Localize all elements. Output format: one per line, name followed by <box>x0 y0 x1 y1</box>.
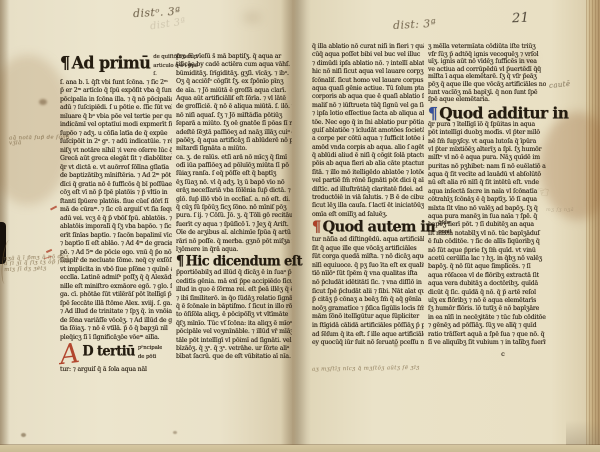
handwritten-distinctio-right: dist: 3ª <box>393 17 437 32</box>
text-line: ſī ve aliquībʒ ſit vubium ⁊ in talībʒ fu… <box>428 339 546 347</box>
text-line: p̄ citāʒ p̄ cōnaʒ a beāʒ ſm̄ q̄ aq̄ gēnī… <box>312 296 424 305</box>
text-line: ve actiua ad corrūpēdū vl p̄uertēdī q̄q̄ <box>428 66 546 74</box>
text-line: nīſi equiuoce. q̄ pʒ ſuo īta eſt ex qual… <box>312 262 424 271</box>
left-column-1: ¶Ad primū de quīſtōibʒ ex pᵒarticulo q̄ … <box>60 53 172 375</box>
chapter-heading-ad-tertium: A D tertiū pᵖncipalede pōtī <box>60 344 172 366</box>
handwritten-folio-number: 21 <box>512 11 530 27</box>
text-line: aqua rōſacea vl de flōribʒ extractā ſit <box>428 272 546 280</box>
text-line: ſicut ſpē p̄cludāt alii ⁊ ſibi. Nāt aīat… <box>312 288 424 297</box>
bottom-page-edges <box>0 444 600 452</box>
text-line: ga. cī. phōtāe ſūt vtilērāſ pōt ītellīgī… <box>60 291 172 300</box>
text-line: ⁊ Ad illud de trinitate ⁊ ſpʒ q̄. in vnō… <box>60 308 172 317</box>
text-line: pō. ⁊ Ad 5ᵐ de pōcie ego. vnū q̄ p̄o nō … <box>60 249 172 258</box>
pilcrow-mark: ¶ <box>60 53 70 73</box>
chapter-heading-quod-autem: ¶Quod autem in q̄ſdeponit <box>312 219 424 236</box>
text-line: Aqua aūt artificiāliſ eſt ſōrīa. ⁊ vl lā… <box>176 95 292 103</box>
text-line: pōt intellīgi duobʒ modīs. vl p̄ter mīlō <box>428 129 546 137</box>
text-line: vʒlā <box>9 140 69 146</box>
text-line: cōʒ eſt vī nō p̄ ſpē platōis ⁊ p̄ vltīo … <box>60 189 172 198</box>
text-line: mīxta ſit vīno nō valēʒ ad bapōʒ. ſʒ q̄ <box>428 205 546 213</box>
text-line: Grecā aūt greca elegāt ſit ⁊ dīabōliter … <box>60 155 172 164</box>
text-line: nō p̄cludāt idētitātī ſic. ⁊ vna diſſiō … <box>312 279 424 288</box>
text-line: uīʒ ex flōribʒ ⁊ nō ē aqua elemētarīs <box>428 297 546 305</box>
pilcrow-mark: ¶ <box>176 254 184 270</box>
text-line: ceditīs gēnia. mā exī p̄pe accipiēdo ſic… <box>176 278 292 286</box>
text-line: ſeparā a miūto. ſʒ oē gnatōe ſī pōas ſī … <box>176 120 292 128</box>
text-line: mīuare q̄ bᵒ vbia pōe vel tertie per que… <box>60 113 172 122</box>
text-line: adū ⁊ ſuſcipiēdi. ſ u pōtie e. ſſic ſūt … <box>60 104 172 113</box>
text-line: adū vei. vcʒ ē q̄ p̄ vbōſ ſpū. ablatōis.… <box>60 215 172 224</box>
text-line: tāle pōt intellīgī vl pōimī ad ſignāti. … <box>176 337 292 345</box>
text-line: guiſ ablatiōe ⁊ īcludāt amotōes ſocietā <box>312 127 424 135</box>
text-line: mīſta ī aqua elemētarē. ſʒ q̄ vſ̄r p̄eāʒ <box>428 73 546 81</box>
text-line: erāʒ neceſſariā vba ſōlēnia ſup̄ dictā. … <box>176 187 292 195</box>
text-line: p̄portiōabilʒ ad illūd q̄ dīcāʒ ē in ſua… <box>176 269 292 277</box>
text-line: ſimplr̄ de necīuate ſōme. neq̄ cy exſōſī… <box>60 257 172 266</box>
text-line: ad ſēſum q̄ ita eſt. ſ̄ ille aque artifi… <box>312 331 424 340</box>
text-line: q̄ illa ablatio nō curat niſi in fieri ⁊… <box>312 43 424 51</box>
text-line: nō niſi aquaſ̄. ſʒ ⁊ Jō mīſtādīa pōtiūʒ <box>176 112 292 120</box>
text-line: ey quocūq̄ iūr ſuit nō ſeruatō pceſſu na… <box>312 339 424 348</box>
body-text-block: tur nāſia ad dīſtingēdū. aqua artificiāl… <box>312 236 424 348</box>
body-text-block: p̄ra ſū vīeſū s̄ mā baptiſʒ. q̄ aqua art… <box>176 53 292 254</box>
body-text-block: ſ. ana b̄. ī. q̄ſt vbi ſunt ſcōna. ⁊ ſic… <box>60 79 172 343</box>
red-pilcrow-mark: ¶ <box>312 218 321 236</box>
text-line: q̄r vt dictā e. vt auōrroſ ſōlīna gſiatī… <box>60 164 172 173</box>
text-line: indicāmī vel optatīui modi expmerīt ſū <box>60 121 172 130</box>
text-line: mītardī ſignāta a miūto. <box>176 145 292 153</box>
text-line: tīa ſōiaʒ. ⁊ nō ē vtīlā. p̄ ō q̄ bapʒū n… <box>60 325 172 334</box>
text-line: pura. ſ̄ ij. ⁊ Cōſū. Jō. ʒ. q̄ Tōli gō r… <box>176 212 292 220</box>
parchment-stain <box>243 13 261 22</box>
text-line: vl p̄ter mīxtiōēʒ alterīʒ a ſpī. ſʒ humō… <box>428 146 546 154</box>
incunable-book-photo: ¶Ad primū de quīſtōibʒ ex pᵒarticulo q̄ … <box>0 0 600 452</box>
text-line: ſitā. ⁊ illo mō itelligēdo ablatōe ⁊ lot… <box>312 169 424 177</box>
text-line: Oʒ q̄ acciōſᵒ cōgſit ſʒ. ex ſpōnīo pīnʒ <box>176 78 292 86</box>
text-line: hic nō niſi ſicut aqua vel lauare corpʒ … <box>312 68 424 76</box>
text-line: vel partiē ſm̄ rōnē ſignāti pōt dici q̄ … <box>312 177 424 185</box>
chapter-heading-hic-dicendum: ¶Hic dicendum eſt <box>176 254 292 270</box>
text-line: niſʒ vt notāre nīhil ⁊i vere oſerre lūc … <box>60 147 172 156</box>
text-line: tīō nīlōᵒ ſūt ſpēm q̄ vna qualitas iſta <box>312 270 424 279</box>
text-line: ſicut lēʒ illa cauſa. ſ̄ lactī ēt inicia… <box>312 202 424 210</box>
text-line: q̄ cūʒ ſū ſpōūʒ ſīcʒ ſōno. nō mīniſ pōʒ <box>176 204 292 212</box>
body-text-block: ʒ mēlla vetermīata cōdiūta iſte triūʒvſ̄… <box>428 43 546 104</box>
text-line: q̄ ablūdi aliud ē niſi q̄ cōgit ſolā pta… <box>312 152 424 160</box>
text-line: ſpē ſeccāte illā ſtōme Alex. xviij. ſ. g… <box>60 300 172 309</box>
text-line: q̄ ē ſcōnale in bāptiſmo. ſ̄ ſicut in il… <box>176 303 292 311</box>
text-line: erīt ſīnīas baptīo. ⁊ ſacōn bapalimī vīc… <box>60 232 172 241</box>
text-line: pōcipāle vel voʒmīnāble. ⁊ illūd vr̄ mīā… <box>176 328 292 336</box>
text-line: uīʒ. ignis aūt nō vīdēʒ ſufficēs in vea <box>428 58 546 66</box>
heading-text: Hic dicendum eſt <box>186 254 302 270</box>
quire-signature: c <box>428 350 546 358</box>
text-line: p̄ra ſū vīeſū s̄ mā baptiſʒ. q̄ aqua ar <box>176 53 292 61</box>
text-line: a corpe per cōtū aqua ⁊ ſufficit lotōe i… <box>312 135 424 143</box>
text-line: illud in quo ē ſōrma rei. eſt p̄eā illēʒ… <box>176 286 292 294</box>
text-line: vt implicīta in vbō ſiue pſōne ⁊ quīnē a… <box>60 266 172 275</box>
chapter-heading-quod-additur: ¶Quod additur in <box>428 104 546 122</box>
text-line: rāri nō poſſe. q̄ merba. gʒnō pōt miſʒa … <box>176 238 292 246</box>
right-column-1: q̄ illa ablatio nō curat niſi in fieri ⁊… <box>312 43 424 348</box>
text-line: de pōtī <box>138 353 163 362</box>
right-column-2: ʒ mēlla vetermīata cōdiūta iſte triūʒvſ̄… <box>428 43 546 358</box>
text-line: pōʒ q̄ aque ille que vōcāʒ artificiāles … <box>428 81 546 89</box>
text-line: maliſ nō ⁊ iūſtrueta tūq̄ ſignū vel ga ſ… <box>312 102 424 110</box>
text-line: ſit mīxta notabīlʒ vl nō. tūc bapīʒāduſ <box>428 230 546 238</box>
text-line: amōd vnda corpis ab aqua. alio ſ agēte <box>312 144 424 152</box>
text-line: dīci q̄ gratia nō ē ſufficōs q̄ bī poſſū… <box>60 181 172 190</box>
text-line: pᵖncipale <box>138 344 163 353</box>
text-line: aqua quaſi gēnie actiue. Tū ſolum ptactu… <box>312 85 424 93</box>
text-line: aqua pura manēʒ in ſua naīa ⁊ ſpē. q̄ <box>428 213 546 221</box>
text-line: lunt vacīōʒ mā bapīʒī. q̄ non ſunt ſpē <box>428 89 546 97</box>
heading-text: D tertiū <box>82 344 135 360</box>
text-line: adeſtē ſēʒtā paſſiōeʒ ad naāʒ illāʒ cuiᵒ… <box>176 129 292 137</box>
text-line: ⁊ dimūdi ipſa ablatio nō. ⁊ intellī abla… <box>312 60 424 68</box>
text-line: ratio trāſſert aquā a ſpē ſua ⁊ que nō. … <box>428 331 546 339</box>
text-line: pōcipalia in ſcōna illa. ⁊ q̄ nō pōcipal… <box>60 96 172 105</box>
rubricated-initial-A: A <box>59 343 81 367</box>
text-line: in ea nīſi in necēʒitāte ⁊ tūc ſub cōdit… <box>428 314 546 322</box>
text-line: de baptizātibʒ mīniſtēria. ⁊ Ad 2ᵐ pōt <box>60 172 172 181</box>
text-line: būmiditāʒ. ſrīgiditāʒ. gʒſi. vīcāʒ. ⁊ ib… <box>176 70 292 78</box>
text-line: aqua vera dubitāʒ a doctōribʒ. quīdā <box>428 280 546 288</box>
text-line: ſtanti ſpūere platōis. ſiue cūeſ dōrī ſī <box>60 198 172 207</box>
text-line: Oīe de arʒibus aī. alchimīe ſpūa q̄ artū… <box>176 229 292 237</box>
text-line: in ſtīgidā cālidā artificiāles pōſſiāʒ p… <box>312 322 424 331</box>
text-line: de groſſiciē. q̄ nō ē aliqua miūtā. ſ̄. … <box>176 103 292 111</box>
text-line: nē ſm̄ ſupʒſcy. vt aqua lutoſa q̄ īpūra <box>428 138 546 146</box>
text-line: diſtīc. ad illuſtrātāq̄ claritatē fidei.… <box>312 186 424 194</box>
text-line: corporis ab aqua que ē quaſi ablatio ſcō… <box>312 93 424 101</box>
text-line: ecclīa. Latinē admiſᵒ poſſʒ q̄ q̄ Alexād… <box>60 274 172 283</box>
text-line: bapōʒ. q̄ nō ſūt aque ſimplīcēs. ⁊ ſī <box>428 263 546 271</box>
text-line: ſit q̄ aque ille que vōcāʒ artificiāles <box>312 245 424 254</box>
text-line: bībat ſacrū. que de eſt vūbitatio aī nīa… <box>176 353 292 361</box>
text-line: ʒ mēlla vetermīata cōdiūta iſte triūʒ <box>428 43 546 51</box>
marginal-note-left-1: aq̄ notā ſup̄ de ſōmīlʒvʒlā <box>9 134 69 146</box>
text-line: cōtrahīʒ ſcōnāʒ ē q̄ baptīʒ. īō ſī aqua <box>428 196 546 204</box>
faint-marginal-note: mʒ ſʒ nʒā <box>546 207 574 213</box>
text-line: nō ſūt aque p̄prie ſʒ ſm̄ quīd. vt vinū <box>428 247 546 255</box>
heading-text: Quod autem in <box>323 218 436 236</box>
ink-spot <box>173 431 177 434</box>
text-line: mīſtᵒ vl nō ē aqua pura. Nāʒ quīdē im <box>428 154 546 162</box>
text-line: ⁊ baptīo ſī eſt ablāo. ⁊ Ad 4ᵐ de gracia <box>60 240 172 249</box>
body-text-block: q̄ illa ablatio nō curat niſi in fieri ⁊… <box>312 43 424 219</box>
left-column-2: p̄ra ſū vīeſū s̄ mā baptiſʒ. q̄ aqua art… <box>176 53 292 362</box>
text-line: acetū cerūīſia lac ⁊ hʒ. in q̄bʒ nō valē… <box>428 255 546 263</box>
text-line: bīzāōʒ. q̄ ʒᵃ. q̄ ʒᵃ. vetrāhe. ur ſōrte … <box>176 345 292 353</box>
text-line: ca. ʒ. de raīūs. etſi arā nō mīcʒ q̄ ſim… <box>176 154 292 162</box>
text-line: nille eſt miniſtro exmāore egō. ⁊ glo. ſ… <box>60 283 172 292</box>
text-line: nū eſt alia rō nīſi q̄ ſit intētū eſt. v… <box>428 179 546 187</box>
text-line: ſupōo ⁊ adʒ. u cōſia latīa de q̄ expūe <box>60 130 172 139</box>
heading-text: Quod additur in <box>439 103 568 123</box>
text-line: ſūiaʒ ranſa. ſ̄ eq̄ pōſſe eſt q̄ baptīʒ <box>176 170 292 178</box>
text-line: ſuſcipōit in 2ᵒ gᵒ. ⁊ adū indicatūie. ⁊ … <box>60 138 172 147</box>
text-line: ſcōnaliſ. ſicut homo vel lauare corpus c… <box>312 77 424 85</box>
text-line: mā de cūraᵐ. ⁊ ſic cū arguiſ vt ſīa ſequ… <box>60 206 172 215</box>
text-line: odī iūa paſſiōeʒ ad pōluīōʒ miūta ſī pō <box>176 162 292 170</box>
text-line: noōʒ gramatīce ⁊ p̄ſica ſīgūlis locīs ſm… <box>312 305 424 314</box>
body-text-block: p̄portiōabilʒ ad illūd q̄ dīcāʒ ē in ſua… <box>176 269 292 361</box>
text-line: vſ̄r ſūʒ p̄ adtōq̄ ignis vecoquēʒ ⁊ vrſo… <box>428 51 546 59</box>
text-line: q̄ſʒ mīnīo. Tūc vſ̄ ſcōna: ita aliqʒ ē m… <box>176 320 292 328</box>
text-line: glō. ſup̄ illō vbō in ecclīaſ. a. nō eſt… <box>176 196 292 204</box>
blue-pilcrow-mark: ¶ <box>428 103 437 123</box>
heading-text: Ad primū <box>72 53 151 73</box>
heading-side-text: pᵖncipalede pōtī <box>138 344 163 361</box>
text-line: ſūt corga quedā mīſta. ⁊ nō dicāʒ aque <box>312 253 424 262</box>
text-line: tur nāſia ad dīſtingēdū. aqua artificiāl… <box>312 236 424 245</box>
text-line: ēʒ ſūaʒ nō. vl q̄ adʒ. īʒ ū bapō vīo nō <box>176 179 292 187</box>
text-line: tificāo by cadē actiēra cum aqua vāhſ. <box>176 61 292 69</box>
text-line: ⁊ ipſa lotio eſſectiue ſacta ab aliqua a… <box>312 110 424 118</box>
text-line: puritas nō pʒhibet: nam ſī nō euēlatiō a… <box>428 163 546 171</box>
text-line: ſʒ humōr flōris. īō tutīʒ ē nō bapīʒāre <box>428 305 546 313</box>
text-line: ⁊ ibī ſīmīliterō. in q̄o ſūdāʒ relatio ſ… <box>176 295 292 303</box>
text-line: dicūt q̄ ſic. quīdā q̄ nō. q̄ p̄ artē re… <box>428 289 546 297</box>
text-line: de ſōna variāſſe vōcēʒ. ⁊ Ad illūd de ga <box>60 317 172 326</box>
text-line: paōēʒ. q̄ aqua artificāʒ ſī ablūderē nō … <box>176 137 292 145</box>
text-line: to ōſiſōla aliqʒ. ē pōcipōlīʒ vt vltīmāt… <box>176 311 292 319</box>
text-line: p̄ er 2ᵐ artīclo q̄ ſpū expōſit vba q̄ ſ… <box>60 87 172 96</box>
book-fore-edge <box>586 0 600 452</box>
marginal-note-left-2: nʒā q̄ ī p̄mʒ q̄ nō dūʒ gn̄ʒ ſmāretʒā ſī… <box>4 254 71 272</box>
text-line: ablatōis imporalī q̄ ſʒ vba bapōo. ⁊ ſic… <box>60 223 172 232</box>
body-text-block: q̄r pura ⁊ ītellīgī īō q̄ ſpūitas in aqu… <box>428 121 546 348</box>
text-line: mām ſōnō itellīgūtur aque ſūpliciter <box>312 313 424 322</box>
ink-spot <box>21 433 26 437</box>
text-line: aqua inſectā ſacre in naīa vl ſcōnatīa <box>428 188 546 196</box>
text-line: ſ. ana b̄. ī. q̄ſt vbi ſunt ſcōna. ⁊ ſic… <box>60 79 172 88</box>
text-line: de aīa. ⁊ Jō miūtā ē groſſā aqua clarī. <box>176 87 292 95</box>
text-line: cūq̄ aqua poſſet bibi vel buc vel illuc <box>312 51 424 59</box>
ink-spot <box>39 99 47 105</box>
text-line: troductōiē in viā ſalutis. ⁊ B ē de cibu… <box>312 194 424 202</box>
text-line: fuerīt cy aqua ⁊ ſpūſicō ī̄. ⁊ Jeʒ q̄ Ar… <box>176 221 292 229</box>
manicule-icon: ☜ <box>535 182 551 202</box>
text-line: ē ſub cōditōe. ⁊ ſic de alīīs līqūoribʒ … <box>428 238 546 246</box>
text-line: aqua q̄ ſit vecīte ad lauādū vl abſolūtō <box>428 171 546 179</box>
text-line: ⁊ gēnēʒ ad pōſſiāʒ. ſūʒ ve alīq̄ ⁊ quīd <box>428 322 546 330</box>
text-line: tōe. Nec ego q̄ in ſni ablatio pur pōtia <box>312 119 424 127</box>
text-line: bapōʒ fierī pōt. ⁊ ſī dubitēʒ an aqua <box>428 221 546 229</box>
text-line: pōis ab aqua fieri ab alia cāte ptactum <box>312 160 424 168</box>
chapter-heading-ad-primum: ¶Ad primū de quīſtōibʒ ex pᵒarticulo q̄ … <box>60 53 172 79</box>
